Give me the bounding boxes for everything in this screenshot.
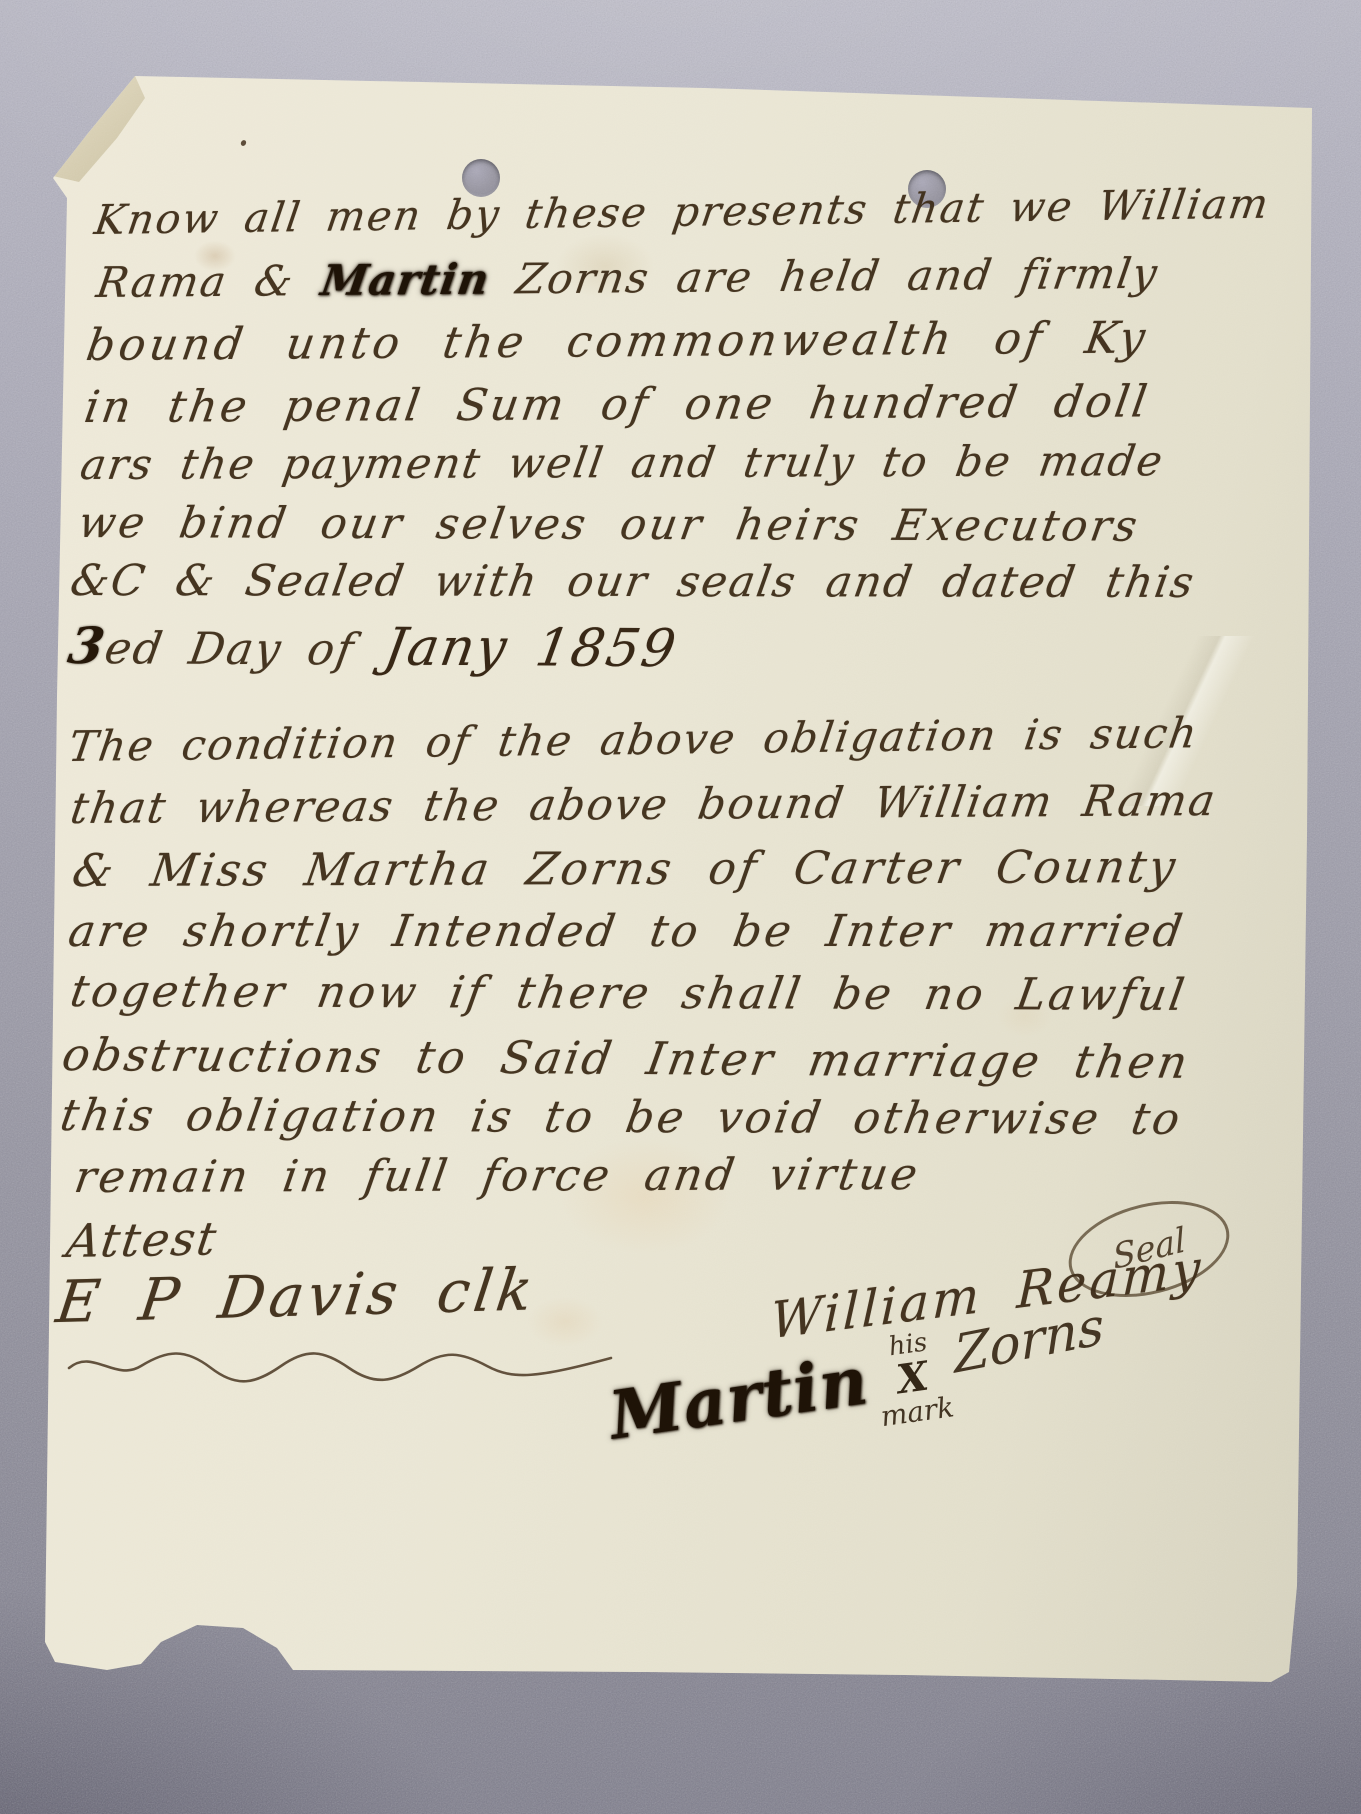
folded-corner — [45, 76, 163, 194]
handwriting-line: are shortly Intended to be Inter married — [65, 906, 1189, 957]
date-line: 3ed Day ofJany 1859 — [64, 616, 682, 679]
handwriting-line: that whereas the above bound William Ram… — [67, 776, 1220, 834]
line2-post: Zorns are held and firmly — [486, 249, 1162, 304]
handwriting-line: obstructions to Said Inter marriage then — [59, 1028, 1195, 1089]
handwriting-line: & Miss Martha Zorns of Carter County — [69, 840, 1182, 897]
handwriting-line: together now if there shall be no Lawful — [67, 966, 1191, 1021]
witness-signature: E P Davis clk — [53, 1255, 541, 1336]
handwriting-line: bound unto the commonwealth of Ky — [83, 313, 1152, 371]
handwriting-line: this obligation is to be void otherwise … — [57, 1090, 1186, 1145]
mark-signature-first-name: Martin — [605, 1341, 873, 1454]
handwriting-line: we bind our selves our heirs Executors — [75, 498, 1143, 552]
handwriting-line: remain in full force and virtue — [71, 1149, 924, 1203]
mark-label: mark — [879, 1394, 956, 1433]
photograph-of-document: { "photo": { "surface": "gray speckled l… — [0, 0, 1361, 1814]
handwriting-line: The condition of the above obligation is… — [65, 708, 1201, 771]
attest-label: Attest — [63, 1211, 221, 1268]
document-paper: Know all men by these presents that we W… — [45, 76, 1313, 1686]
line2-pre: Rama & — [93, 256, 325, 307]
handwriting-line: Know all men by these presents that we W… — [92, 180, 1274, 245]
ink-speck — [240, 139, 247, 147]
date-month-year: Jany 1859 — [380, 618, 681, 679]
handwriting-line: ars the payment well and truly to be mad… — [77, 436, 1167, 489]
his-x-mark-column: his X mark — [870, 1327, 956, 1432]
handwriting-line-with-blot: Rama & Martin Zorns are held and firmly — [93, 249, 1162, 307]
date-day-suffix: ed Day of — [101, 623, 359, 675]
handwriting-line: &C & Sealed with our seals and dated thi… — [67, 556, 1199, 608]
blotted-name: Martin — [318, 255, 493, 306]
handwriting-line: in the penal Sum of one hundred doll — [81, 376, 1153, 433]
signature-flourish — [63, 1344, 623, 1388]
